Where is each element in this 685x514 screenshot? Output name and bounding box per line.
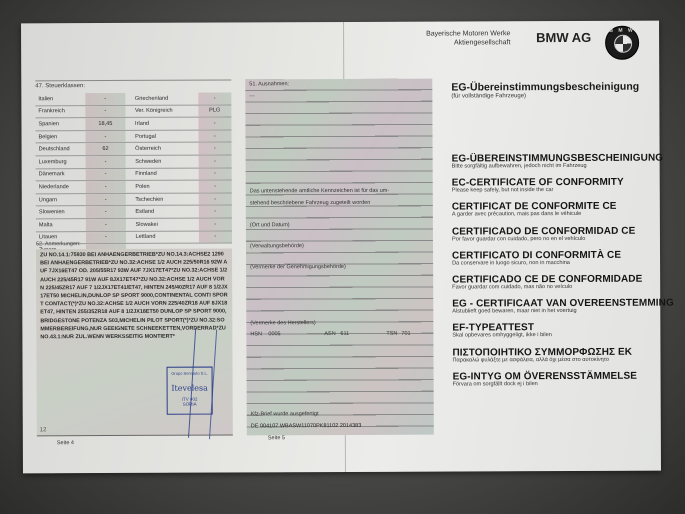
tax-country: Slowenien bbox=[36, 209, 86, 215]
tax-value: 18,45 bbox=[86, 118, 125, 130]
company-name: Bayerische Motoren Werke Aktiengesellsch… bbox=[426, 29, 510, 47]
exceptions-panel: 51. Ausnahmen: --- Das untenstehende amt… bbox=[245, 79, 434, 436]
page-marker: 12 bbox=[40, 427, 47, 433]
certificate-language-block: EG-ÜBEREINSTIMMUNGSBESCHEINIGUNGBitte so… bbox=[452, 153, 664, 170]
exceptions-title: 51. Ausnahmen: bbox=[249, 81, 289, 87]
asn-value: 611 bbox=[340, 331, 349, 337]
tax-country: Malta bbox=[36, 222, 86, 228]
tax-classes-table: 47. Steuerklassen: Italien-Griechenland-… bbox=[35, 79, 232, 257]
tax-value: - bbox=[86, 194, 125, 206]
tax-value: - bbox=[198, 206, 232, 218]
asn-label: ASN bbox=[324, 331, 335, 337]
registration-note-2: stehend beschriebene Fahrzeug zugeteilt … bbox=[250, 200, 370, 207]
tax-value: - bbox=[86, 181, 125, 193]
tsn-label: TSN bbox=[386, 331, 397, 337]
tax-row: Luxemburg-Schweden- bbox=[36, 155, 232, 168]
tax-country: Lettland bbox=[126, 234, 199, 240]
stamp-line-4: SORIA bbox=[168, 402, 212, 407]
stamp-line-2: Itevelesa bbox=[168, 384, 212, 393]
certificate-note: A garder avec précaution, mais pas dans … bbox=[452, 211, 617, 218]
tax-country: Portugal bbox=[125, 133, 198, 139]
tax-classes-title: 47. Steuerklassen: bbox=[35, 79, 231, 93]
certificate-note: Skal opbevares omhyggeligt, ikke i bilen bbox=[452, 332, 552, 338]
tax-value: - bbox=[198, 193, 232, 205]
tax-country: Deutschland bbox=[36, 146, 86, 152]
tax-country: Belgien bbox=[36, 134, 86, 140]
tax-rows: Italien-Griechenland-Frankreich-Ver. Kön… bbox=[35, 92, 232, 257]
certificate-title: EG-Übereinstimmungsbescheinigung bbox=[451, 81, 639, 94]
tax-row: Dänemark-Finnland- bbox=[36, 168, 232, 181]
page-label-middle: Seite 5 bbox=[268, 435, 285, 441]
certificate-language-block: CERTIFICADO DE CONFORMIDAD CEPor favor g… bbox=[452, 225, 636, 242]
authority-notes-label: (Vermerke der Genehmigungsbehörde) bbox=[250, 264, 346, 270]
remarks-label: 52. Anmerkungen: bbox=[36, 241, 81, 247]
place-date-label: (Ort und Datum) bbox=[250, 222, 290, 228]
registration-note-1: Das untenstehende amtliche Kennzeichen i… bbox=[250, 188, 389, 195]
bmw-logo-icon: B M W bbox=[605, 26, 639, 60]
tax-country: Italien bbox=[35, 96, 85, 102]
tax-value: - bbox=[198, 218, 232, 230]
tax-country: Polen bbox=[125, 184, 198, 190]
tax-country: Dänemark bbox=[36, 171, 86, 177]
remarks-box: ZU NO.14.1:75930 BEI ANHAENGERBETRIEB*ZU… bbox=[36, 248, 233, 436]
certificate-language-block: ΠΙΣΤΟΠΟΙΗΤΙΚΟ ΣΥΜΜΟΡΦΩΣΗΣ ΕΚΠαρακαλώ φυλ… bbox=[452, 346, 632, 363]
tax-value: - bbox=[86, 156, 125, 168]
tax-value: - bbox=[86, 219, 125, 231]
tax-country: Griechenland bbox=[125, 95, 198, 101]
tax-value: - bbox=[198, 143, 232, 155]
tax-country: Österreich bbox=[125, 146, 198, 152]
certificate-language-list: EG-ÜBEREINSTIMMUNGSBESCHEINIGUNGBitte so… bbox=[21, 21, 659, 24]
certificate-language-block: CERTIFICATO DI CONFORMITÀ CEDa conservar… bbox=[452, 250, 621, 267]
tax-value: - bbox=[198, 118, 232, 130]
logo-letters: B M W bbox=[606, 28, 638, 34]
kfz-brief-note: Kfz-Brief wurde ausgefertigt bbox=[251, 411, 319, 417]
tax-country: Ungarn bbox=[36, 197, 86, 203]
tax-value: - bbox=[198, 155, 232, 167]
tax-country: Ver. Königreich bbox=[125, 108, 198, 114]
tax-value: - bbox=[86, 206, 125, 218]
tax-country: Tschechien bbox=[125, 196, 198, 202]
tax-value: - bbox=[198, 92, 232, 104]
stamp-line-1: Grupo Servauto S.L. bbox=[168, 371, 212, 376]
tax-value: - bbox=[86, 93, 125, 105]
tax-country: Schweden bbox=[125, 158, 198, 164]
tax-value: - bbox=[198, 168, 232, 180]
tax-value: - bbox=[86, 169, 125, 181]
tax-row: Italien-Griechenland- bbox=[35, 92, 231, 105]
logo-roundel bbox=[614, 35, 632, 53]
company-line-2: Aktiengesellschaft bbox=[426, 38, 510, 47]
tax-country: Irland bbox=[125, 121, 198, 127]
tax-value: - bbox=[198, 181, 232, 193]
manufacturer-notes-label: (Vermerke des Herstellers) bbox=[250, 320, 315, 326]
tax-country: Luxemburg bbox=[36, 159, 86, 165]
tax-row: Niederlande-Polen- bbox=[36, 181, 232, 194]
brand-name: BMW AG bbox=[536, 30, 591, 45]
tax-value: 62 bbox=[86, 143, 125, 155]
page-label-left: Seite 4 bbox=[57, 440, 74, 446]
tax-row: Slowenien-Estland- bbox=[36, 206, 232, 219]
tax-row: Frankreich-Ver. KönigreichPLG bbox=[35, 105, 231, 118]
inspection-stamp: Grupo Servauto S.L. Itevelesa ITV 402 SO… bbox=[167, 367, 213, 415]
tax-country: Slowakei bbox=[125, 221, 198, 227]
hsn-label: HSN bbox=[250, 331, 262, 337]
company-line-1: Bayerische Motoren Werke bbox=[426, 29, 510, 38]
tax-country: Litauen bbox=[36, 234, 86, 240]
certificate-language-block: EG - CERTIFICAAT VAN OVEREENSTEMMINGAlst… bbox=[452, 298, 674, 315]
tax-value: - bbox=[86, 106, 125, 118]
tax-country: Spanien bbox=[35, 121, 85, 127]
tsn-value: 701 bbox=[401, 331, 410, 337]
certificate-language-block: EC-CERTIFICATE OF CONFORMITYPlease keep … bbox=[452, 177, 624, 194]
certificate-language-block: CERTIFICADO CE DE CONFORMIDADEFavor guar… bbox=[452, 274, 642, 291]
authority-label: (Verwaltungsbehörde) bbox=[250, 243, 304, 249]
tax-country: Frankreich bbox=[35, 109, 85, 115]
certificate-note: Please keep safely, but not inside the c… bbox=[452, 187, 624, 194]
hsn-value: 0005 bbox=[268, 331, 280, 337]
certificate-note: Παρακαλώ φυλάξτε με ασφάλεια, αλλά όχι μ… bbox=[452, 356, 632, 363]
tax-row: Deutschland62Österreich- bbox=[36, 143, 232, 156]
tax-value: - bbox=[86, 231, 125, 243]
tax-value: - bbox=[198, 130, 232, 142]
coc-document: Bayerische Motoren Werke Aktiengesellsch… bbox=[21, 21, 661, 474]
certificate-language-block: EF-TYPEATTESTSkal opbevares omhyggeligt,… bbox=[452, 322, 552, 338]
tax-value: PLG bbox=[198, 105, 232, 117]
exceptions-value: --- bbox=[249, 93, 255, 99]
tax-row: Belgien-Portugal- bbox=[35, 130, 231, 143]
tax-row: Spanien18,45Irland- bbox=[35, 118, 231, 131]
certificate-note: Alstublieft goed bewaren, maar niet in h… bbox=[452, 308, 674, 315]
certificate-subtitle: (für vollständige Fahrzeuge) bbox=[451, 93, 526, 99]
document-number: DE 004107 WBASW11070PK81102 2014383 bbox=[251, 423, 362, 429]
tax-country: Finnland bbox=[125, 171, 198, 177]
certificate-language-block: EG-INTYG OM ÖVERENSSTÄMMELSEFörvara om s… bbox=[453, 371, 638, 388]
tax-row: Malta-Slowakei- bbox=[36, 218, 232, 231]
tax-row: Ungarn-Tschechien- bbox=[36, 193, 232, 206]
tax-country: Niederlande bbox=[36, 184, 86, 190]
tax-value: - bbox=[86, 131, 125, 143]
tax-value: - bbox=[198, 231, 232, 243]
tax-country: Estland bbox=[125, 209, 198, 215]
certificate-language-block: CERTIFICAT DE CONFORMITE CEA garder avec… bbox=[452, 201, 617, 218]
